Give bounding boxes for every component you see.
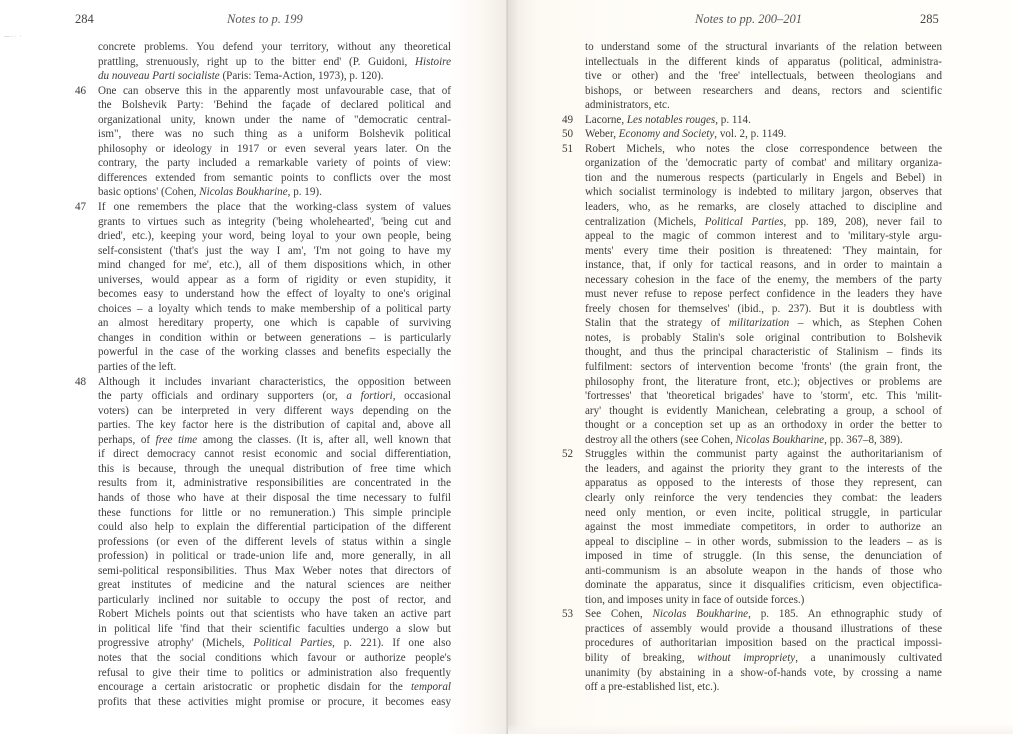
text-line: centralization (Michels, Political Parti… (585, 215, 942, 230)
text-line: powerful in the case of the working clas… (98, 345, 451, 360)
text-line: the Bolshevik Party: 'Behind the façade … (98, 98, 451, 113)
text-line: parties of the left. (98, 360, 451, 375)
text-line: profits that these activities might prom… (98, 695, 451, 710)
text-line: which socialist terminology is indebted … (585, 185, 942, 200)
text-line: organizational unity, known under the na… (98, 113, 451, 128)
text-line: philosophy front, the literature front, … (585, 375, 942, 390)
text-line: mind changed for me', etc.), all of them… (98, 258, 451, 273)
text-line: contrary, the party included a remarkabl… (98, 156, 451, 171)
text-line: Robert Michels, who notes the close corr… (585, 142, 942, 157)
text-line: these functions for little or no remuner… (98, 506, 451, 521)
text-line: clearly only reinforce the very tendenci… (585, 491, 942, 506)
text-line: du nouveau Parti socialiste (Paris: Tema… (98, 69, 451, 84)
text-line: If one remembers the place that the work… (98, 200, 451, 215)
text-line: bility of breaking, without impropriety,… (585, 651, 942, 666)
text-line: progressive atrophy' (Michels, Political… (98, 636, 451, 651)
note-47: 47 If one remembers the place that the w… (98, 200, 451, 375)
text-line: changes in condition within or between g… (98, 331, 451, 346)
text-line: fulfilment: sectors of intervention beco… (585, 360, 942, 375)
text-line: notes that the social conditions which f… (98, 651, 451, 666)
text-line: appeal to discipline – in other words, s… (585, 535, 942, 550)
text-line: practices of assembly would provide a th… (585, 622, 942, 637)
text-line: becomes easy to understand how the effec… (98, 287, 451, 302)
text-line: dominate the apparatus, since it disqual… (585, 578, 942, 593)
text-line: See Cohen, Nicolas Boukharine, p. 185. A… (585, 607, 942, 622)
right-notes: to understand some of the structural inv… (585, 40, 942, 695)
note-number: 46 (75, 84, 93, 99)
text-line: tion and the numerous respects (particul… (585, 171, 942, 186)
text-line: tion, and imposes unity in face of outsi… (585, 593, 942, 608)
right-page: Notes to pp. 200–201 285 to understand s… (508, 0, 1013, 734)
text-line: bishops, or between researchers and dean… (585, 84, 942, 99)
text-line: leaders, who, as he remarks, are closely… (585, 200, 942, 215)
text-line: 'fortresses' that 'theoretical brigades'… (585, 389, 942, 404)
text-line: Weber, Economy and Society, vol. 2, p. 1… (585, 127, 942, 142)
text-line: intellectuals in the different kinds of … (585, 55, 942, 70)
text-line: hands of those who have at their disposa… (98, 491, 451, 506)
text-line: could also help to explain the different… (98, 520, 451, 535)
note-49: 49 Lacorne, Les notables rouges, p. 114. (585, 113, 942, 128)
text-line: off a pre-established list, etc.). (585, 680, 942, 695)
text-line: if direct democracy cannot resist econom… (98, 447, 451, 462)
note-number: 53 (562, 607, 580, 622)
running-head-left: Notes to p. 199 (227, 12, 303, 27)
text-line: professions (or even of the different le… (98, 535, 451, 550)
text-line: encourage a certain aristocratic or prop… (98, 680, 451, 695)
note-51: 51 Robert Michels, who notes the close c… (585, 142, 942, 447)
text-line: grants to virtues such as integrity ('be… (98, 215, 451, 230)
text-line: ism", there was no such thing as a unifo… (98, 127, 451, 142)
text-line: basic options' (Cohen, Nicolas Boukharin… (98, 185, 451, 200)
left-page: —·· · 284 Notes to p. 199 concrete probl… (0, 0, 508, 734)
running-head-right: Notes to pp. 200–201 (695, 12, 802, 27)
text-line: appeal to the magic of common interest a… (585, 229, 942, 244)
text-line: philosophy or ideology in 1917 or even s… (98, 142, 451, 157)
note-number: 49 (562, 113, 580, 128)
text-line: Stalin that the strategy of militarizati… (585, 316, 942, 331)
text-line: this is because, through the unequal dis… (98, 462, 451, 477)
text-line: great institutes of medicine and the nat… (98, 578, 451, 593)
text-line: need only mention, or even incite, polit… (585, 506, 942, 521)
text-line: procedures of authoritarian imposition b… (585, 636, 942, 651)
text-line: self-consistent ('that's just the way I … (98, 244, 451, 259)
text-line: thought or a conception set up as an ort… (585, 418, 942, 433)
page-edge-shade (508, 724, 1013, 734)
text-line: an almost hereditary property, one which… (98, 316, 451, 331)
note-50: 50 Weber, Economy and Society, vol. 2, p… (585, 127, 942, 142)
text-line: particularly inclined nor suitable to oc… (98, 593, 451, 608)
note-number: 52 (562, 447, 580, 462)
note-number: 47 (75, 200, 93, 215)
note-number: 50 (562, 127, 580, 142)
note-number: 51 (562, 142, 580, 157)
left-notes: concrete problems. You defend your terri… (98, 40, 451, 709)
text-line: One can observe this in the apparently m… (98, 84, 451, 99)
text-line: the party officials and ordinary support… (98, 389, 451, 404)
text-line: perhaps, of free time among the classes.… (98, 433, 451, 448)
note-52: 52 Struggles within the communist party … (585, 447, 942, 607)
text-line: Robert Michels points out that scientist… (98, 607, 451, 622)
text-line: semi-political responsibilities. Thus Ma… (98, 564, 451, 579)
note-46: 46 One can observe this in the apparentl… (98, 84, 451, 200)
note-48-continuation: to understand some of the structural inv… (585, 40, 942, 113)
text-line: imposed in time of struggle. (In this se… (585, 549, 942, 564)
note-53: 53 See Cohen, Nicolas Boukharine, p. 185… (585, 607, 942, 694)
text-line: ments' every time their position is thre… (585, 244, 942, 259)
text-line: prattling, strenuously, right up to the … (98, 55, 451, 70)
text-line: choices – a loyalty which tends to make … (98, 302, 451, 317)
note-48: 48 Although it includes invariant charac… (98, 375, 451, 710)
text-line: anti-communism is an absolute weapon in … (585, 564, 942, 579)
text-line: to understand some of the structural inv… (585, 40, 942, 55)
text-line: profession) in political or trade-union … (98, 549, 451, 564)
text-line: must never refuse to repose perfect conf… (585, 287, 942, 302)
text-line: parties. The key factor here is the dist… (98, 418, 451, 433)
text-line: freely chosen for themselves' (ibid., p.… (585, 302, 942, 317)
text-line: thought, and thus the principal characte… (585, 345, 942, 360)
text-line: organization of the 'democratic party of… (585, 156, 942, 171)
text-line: differences extended from semantic point… (98, 171, 451, 186)
text-line: voters) can be interpreted in very diffe… (98, 404, 451, 419)
text-line: concrete problems. You defend your terri… (98, 40, 451, 55)
text-line: destroy all the others (see Cohen, Nicol… (585, 433, 942, 448)
scan-artifact: —·· · (4, 34, 23, 40)
book-spread: —·· · 284 Notes to p. 199 concrete probl… (0, 0, 1013, 734)
text-line: the leaders, and against the priority th… (585, 462, 942, 477)
page-number-right: 285 (920, 12, 939, 27)
text-line: Although it includes invariant character… (98, 375, 451, 390)
text-line: in political life 'find that their scien… (98, 622, 451, 637)
text-line: administrators, etc. (585, 98, 942, 113)
text-line: necessary cohesion in the face of the en… (585, 273, 942, 288)
text-line: tive or other) and the 'free' intellectu… (585, 69, 942, 84)
text-line: results from it, administrative responsi… (98, 476, 451, 491)
text-line: refusal to give their time to politics o… (98, 666, 451, 681)
text-line: dried', etc.), keeping your word, being … (98, 229, 451, 244)
text-line: Struggles within the communist party aga… (585, 447, 942, 462)
page-number-left: 284 (75, 12, 94, 27)
text-line: ary' thought is evidently Manichean, cel… (585, 404, 942, 419)
text-line: against the most immediate competitors, … (585, 520, 942, 535)
text-line: unanimity (by abstaining in a show-of-ha… (585, 666, 942, 681)
note-45-continuation: concrete problems. You defend your terri… (98, 40, 451, 84)
text-line: apparatus as opposed to the interests of… (585, 476, 942, 491)
text-line: universes, would appear as a form of rig… (98, 273, 451, 288)
text-line: instance, that, if only for tactical rea… (585, 258, 942, 273)
text-line: Lacorne, Les notables rouges, p. 114. (585, 113, 942, 128)
text-line: notes, is probably Stalin's sole origina… (585, 331, 942, 346)
note-number: 48 (75, 375, 93, 390)
